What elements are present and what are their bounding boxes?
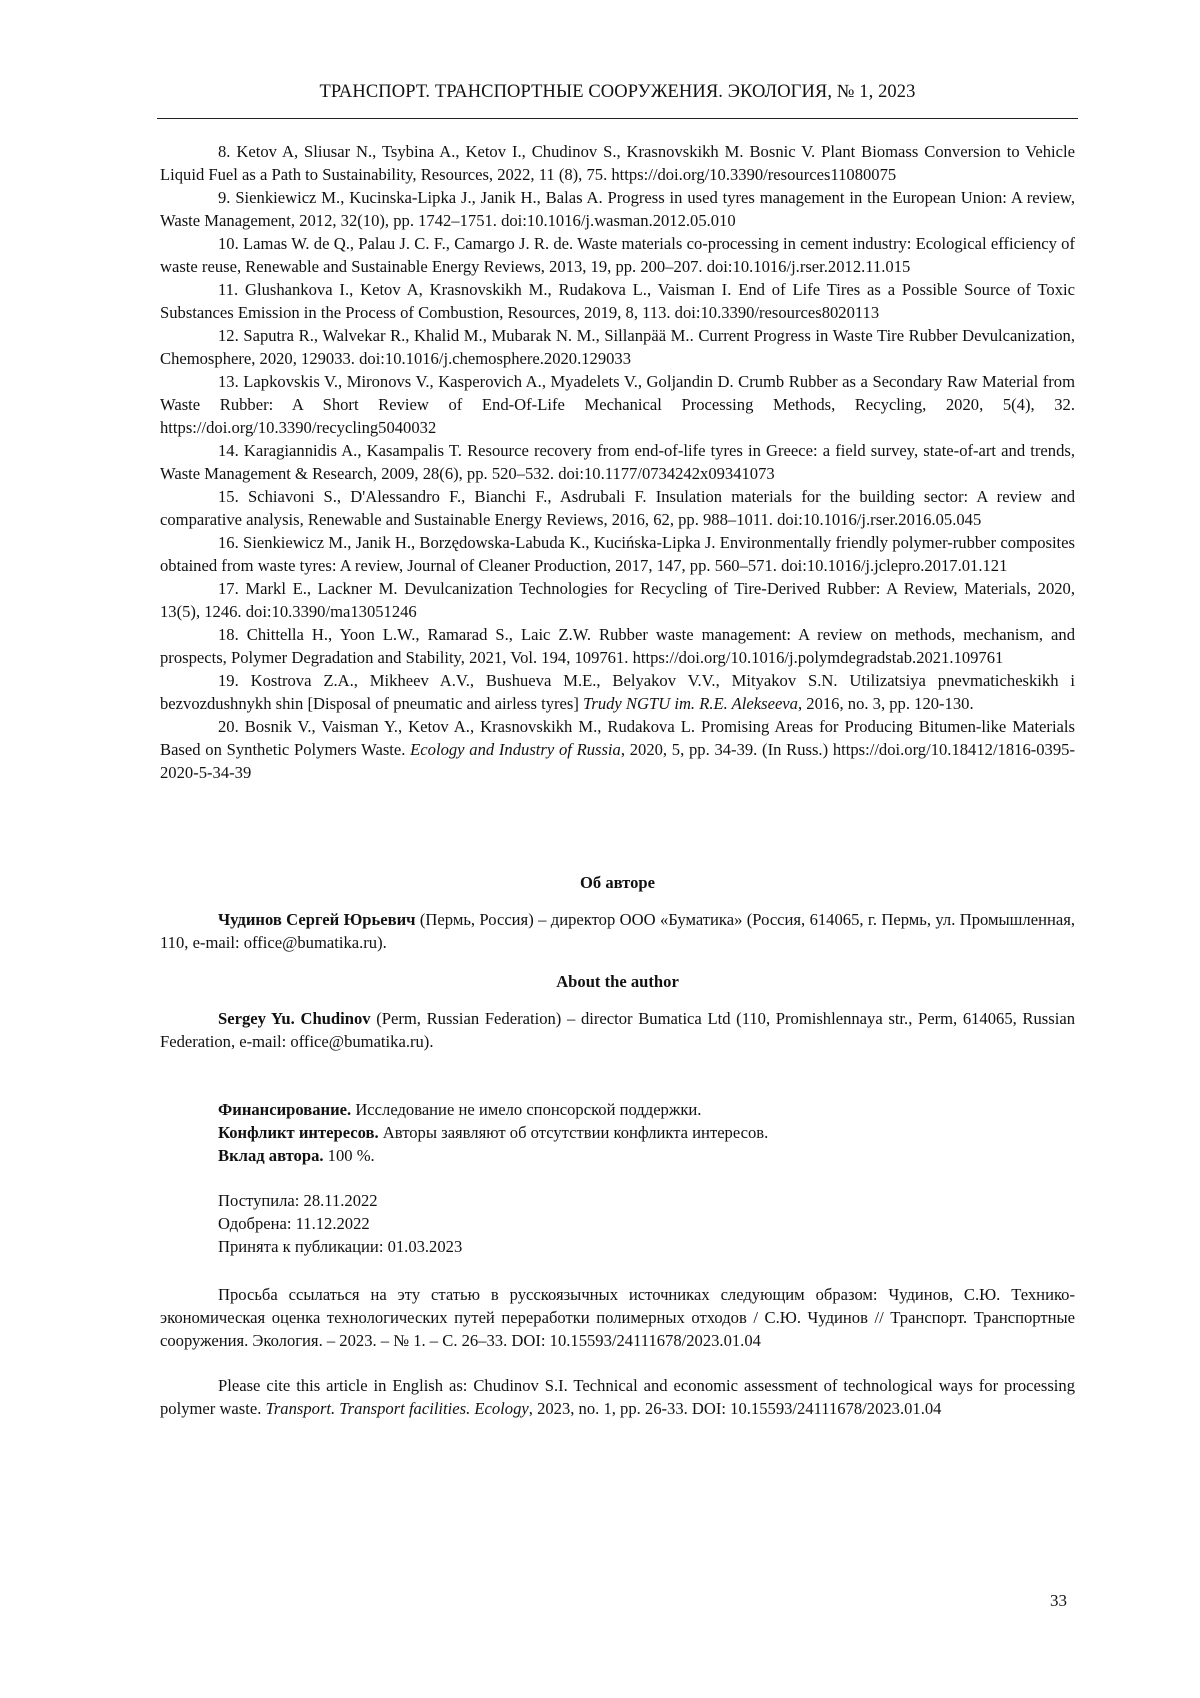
about-author-en: About the author Sergey Yu. Chudinov (Pe… — [160, 970, 1075, 1053]
citation-en-text: Please cite this article in English as: … — [160, 1374, 1075, 1420]
page-number: 33 — [1050, 1590, 1067, 1612]
reference-item: 14. Karagiannidis A., Kasampalis T. Reso… — [160, 439, 1075, 485]
about-author-ru: Об авторе Чудинов Сергей Юрьевич (Пермь,… — [160, 871, 1075, 954]
running-header: ТРАНСПОРТ. ТРАНСПОРТНЫЕ СООРУЖЕНИЯ. ЭКОЛ… — [157, 80, 1078, 104]
declaration-label: Финансирование. — [218, 1100, 351, 1119]
reference-number: 15. — [218, 487, 239, 506]
reference-number: 11. — [218, 280, 238, 299]
reference-text: Ketov A, Sliusar N., Tsybina A., Ketov I… — [160, 142, 1075, 184]
declaration-label: Вклад автора. — [218, 1146, 324, 1165]
reference-item: 17. Markl E., Lackner M. Devulcanization… — [160, 577, 1075, 623]
reference-number: 16. — [218, 533, 239, 552]
reference-text: Lamas W. de Q., Palau J. C. F., Camargo … — [160, 234, 1075, 276]
reference-number: 17. — [218, 579, 239, 598]
author-bio-ru: Чудинов Сергей Юрьевич (Пермь, Россия) –… — [160, 908, 1075, 954]
reference-text: Lapkovskis V., Mironovs V., Kasperovich … — [160, 372, 1075, 437]
declaration-text: Авторы заявляют об отсутствии конфликта … — [379, 1123, 769, 1142]
reference-item: 13. Lapkovskis V., Mironovs V., Kasperov… — [160, 370, 1075, 439]
declaration-conflict: Конфликт интересов. Авторы заявляют об о… — [218, 1121, 1075, 1144]
citation-en: Please cite this article in English as: … — [160, 1374, 1075, 1420]
reference-number: 10. — [218, 234, 239, 253]
reference-item: 19. Kostrova Z.A., Mikheev A.V., Bushuev… — [160, 669, 1075, 715]
reference-text: , 2016, no. 3, pp. 120-130. — [798, 694, 974, 713]
author-name: Чудинов Сергей Юрьевич — [218, 910, 416, 929]
author-bio-en: Sergey Yu. Chudinov (Perm, Russian Feder… — [160, 1007, 1075, 1053]
reference-list: 8. Ketov A, Sliusar N., Tsybina A., Keto… — [160, 140, 1075, 784]
reference-number: 12. — [218, 326, 239, 345]
reference-text: Sienkiewicz M., Kucinska-Lipka J., Janik… — [160, 188, 1075, 230]
citation-journal: Transport. Transport facilities. Ecology — [266, 1399, 529, 1418]
date-approved: Одобрена: 11.12.2022 — [218, 1212, 1075, 1235]
article-dates: Поступила: 28.11.2022 Одобрена: 11.12.20… — [218, 1189, 1075, 1258]
reference-text: Schiavoni S., D'Alessandro F., Bianchi F… — [160, 487, 1075, 529]
reference-item: 9. Sienkiewicz M., Kucinska-Lipka J., Ja… — [160, 186, 1075, 232]
reference-journal: Ecology and Industry of Russia — [410, 740, 621, 759]
reference-number: 14. — [218, 441, 239, 460]
date-accepted: Принята к публикации: 01.03.2023 — [218, 1235, 1075, 1258]
reference-item: 11. Glushankova I., Ketov A, Krasnovskik… — [160, 278, 1075, 324]
declaration-contribution: Вклад автора. 100 %. — [218, 1144, 1075, 1167]
reference-number: 20. — [218, 717, 239, 736]
reference-item: 12. Saputra R., Walvekar R., Khalid M., … — [160, 324, 1075, 370]
citation-ru: Просьба ссылаться на эту статью в русско… — [160, 1283, 1075, 1352]
reference-item: 20. Bosnik V., Vaisman Y., Ketov A., Kra… — [160, 715, 1075, 784]
reference-number: 8. — [218, 142, 230, 161]
reference-item: 15. Schiavoni S., D'Alessandro F., Bianc… — [160, 485, 1075, 531]
author-name: Sergey Yu. Chudinov — [218, 1009, 371, 1028]
citation-text: , 2023, no. 1, pp. 26-33. DOI: 10.15593/… — [529, 1399, 942, 1418]
about-heading-ru: Об авторе — [160, 871, 1075, 894]
reference-item: 10. Lamas W. de Q., Palau J. C. F., Cama… — [160, 232, 1075, 278]
date-received: Поступила: 28.11.2022 — [218, 1189, 1075, 1212]
reference-item: 8. Ketov A, Sliusar N., Tsybina A., Keto… — [160, 140, 1075, 186]
declaration-label: Конфликт интересов. — [218, 1123, 379, 1142]
reference-text: Karagiannidis A., Kasampalis T. Resource… — [160, 441, 1075, 483]
declaration-text: 100 %. — [324, 1146, 375, 1165]
reference-item: 18. Chittella H., Yoon L.W., Ramarad S.,… — [160, 623, 1075, 669]
reference-number: 19. — [218, 671, 239, 690]
citation-ru-text: Просьба ссылаться на эту статью в русско… — [160, 1283, 1075, 1352]
reference-item: 16. Sienkiewicz M., Janik H., Borzędowsk… — [160, 531, 1075, 577]
reference-journal: Trudy NGTU im. R.E. Alekseeva — [583, 694, 798, 713]
reference-text: Chittella H., Yoon L.W., Ramarad S., Lai… — [160, 625, 1075, 667]
header-rule — [157, 118, 1078, 119]
reference-text: Sienkiewicz M., Janik H., Borzędowska-La… — [160, 533, 1075, 575]
reference-number: 18. — [218, 625, 239, 644]
about-heading-en: About the author — [160, 970, 1075, 993]
declaration-funding: Финансирование. Исследование не имело сп… — [218, 1098, 1075, 1121]
reference-text: Saputra R., Walvekar R., Khalid M., Muba… — [160, 326, 1075, 368]
reference-text: Glushankova I., Ketov A, Krasnovskikh M.… — [160, 280, 1075, 322]
declarations: Финансирование. Исследование не имело сп… — [218, 1098, 1075, 1167]
reference-number: 13. — [218, 372, 239, 391]
declaration-text: Исследование не имело спонсорской поддер… — [351, 1100, 701, 1119]
reference-text: Markl E., Lackner M. Devulcanization Tec… — [160, 579, 1075, 621]
reference-number: 9. — [218, 188, 230, 207]
